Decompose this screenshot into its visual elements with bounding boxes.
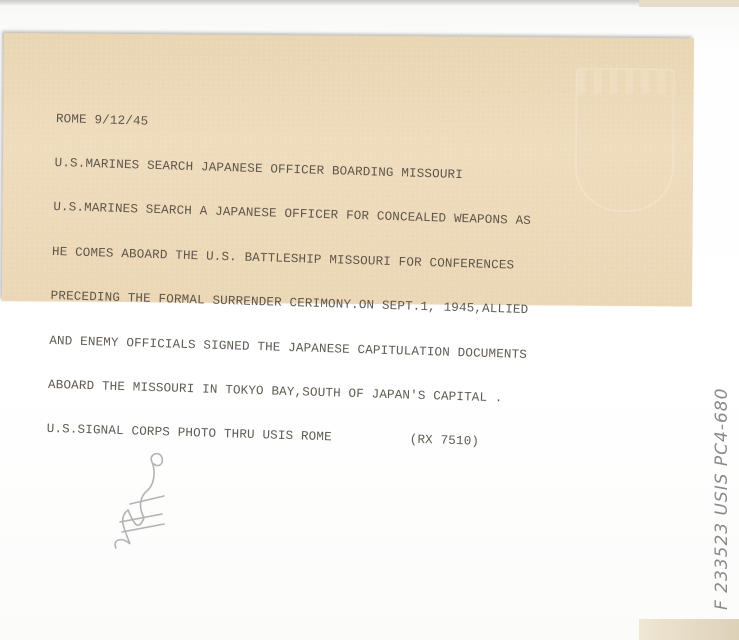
- caption-reference-code: (RX 7510): [410, 433, 480, 449]
- caption-body-line: AND ENEMY OFFICIALS SIGNED THE JAPANESE …: [49, 333, 527, 362]
- caption-text: ROME 9/12/45 U.S.MARINES SEARCH JAPANESE…: [46, 82, 535, 481]
- scanned-page: ROME 9/12/45 U.S.MARINES SEARCH JAPANESE…: [0, 0, 739, 640]
- caption-credit-line: U.S.SIGNAL CORPS PHOTO THRU USIS ROME(RX…: [46, 422, 524, 451]
- page-edge-shadow: [0, 0, 739, 6]
- handwritten-margin-note: F 233523 USIS PC4-680: [712, 388, 732, 610]
- signature-scrawl-icon: [108, 448, 172, 556]
- caption-body-line: ABOARD THE MISSOURI IN TOKYO BAY,SOUTH O…: [48, 378, 526, 407]
- caption-body-line: U.S.MARINES SEARCH A JAPANESE OFFICER FO…: [53, 200, 531, 229]
- caption-credit: U.S.SIGNAL CORPS PHOTO THRU USIS ROME: [46, 422, 331, 444]
- caption-body-line: HE COMES ABOARD THE U.S. BATTLESHIP MISS…: [52, 245, 530, 274]
- watermark-emblem-icon: [575, 67, 675, 212]
- caption-dateline: ROME 9/12/45: [56, 112, 534, 141]
- paper-corner-bottom: [639, 619, 739, 640]
- paper-corner-top: [639, 0, 739, 7]
- caption-body-line: PRECEDING THE FORMAL SURRENDER CERIMONY.…: [50, 289, 528, 318]
- caption-headline: U.S.MARINES SEARCH JAPANESE OFFICER BOAR…: [54, 156, 532, 185]
